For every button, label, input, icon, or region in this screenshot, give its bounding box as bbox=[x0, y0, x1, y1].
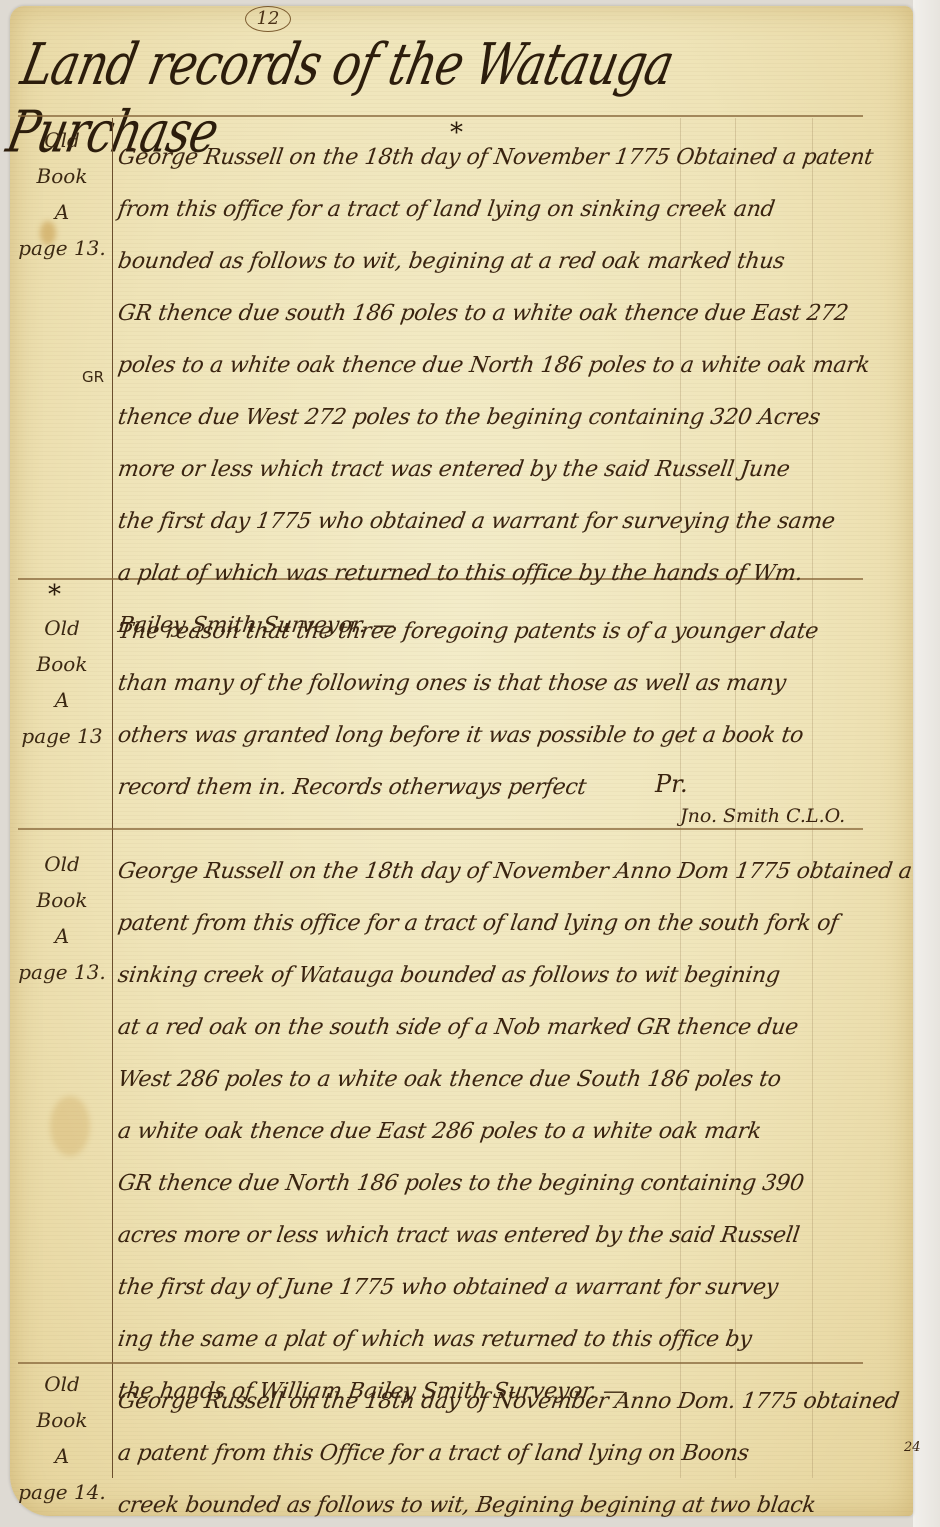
entry-divider bbox=[18, 828, 863, 830]
entry-line: a plat of which was returned to this off… bbox=[114, 548, 891, 600]
margin-rule bbox=[112, 118, 113, 1478]
entry-line: West 286 poles to a white oak thence due… bbox=[114, 1054, 891, 1106]
margin-page: page 13 bbox=[16, 718, 108, 754]
margin-volume: A bbox=[16, 682, 108, 718]
entry-line: than many of the following ones is that … bbox=[114, 658, 891, 710]
margin-volume: A bbox=[16, 1438, 108, 1474]
folio-number: 24 bbox=[904, 1440, 921, 1455]
note-entry-2: The reason that the three foregoing pate… bbox=[118, 606, 888, 814]
entry-line: The reason that the three foregoing pate… bbox=[114, 606, 891, 658]
entry-line: George Russell on the 18th day of Novemb… bbox=[114, 846, 891, 898]
scanner-background-strip bbox=[913, 0, 940, 1527]
margin-page: page 13. bbox=[16, 230, 108, 266]
entry-line: George Russell on the 18th day of Novemb… bbox=[114, 132, 891, 184]
land-entry-3: George Russell on the 18th day of Novemb… bbox=[118, 846, 888, 1418]
margin-reference-4: Old Book A page 14. bbox=[16, 1366, 108, 1510]
land-entry-1: George Russell on the 18th day of Novemb… bbox=[118, 132, 888, 652]
margin-book: Old Book bbox=[16, 846, 108, 918]
per-abbreviation: Pr. bbox=[655, 770, 688, 798]
entry-line: acres more or less which tract was enter… bbox=[114, 1210, 891, 1262]
margin-book: Old Book bbox=[16, 610, 108, 682]
entry-line: at a red oak on the south side of a Nob … bbox=[114, 1002, 891, 1054]
entry-line: ing the same a plat of which was returne… bbox=[114, 1314, 891, 1366]
margin-volume: A bbox=[16, 918, 108, 954]
entry-line: from this office for a tract of land lyi… bbox=[114, 184, 891, 236]
entry-line: patent from this office for a tract of l… bbox=[114, 898, 891, 950]
entry-line: a white oak thence due East 286 poles to… bbox=[114, 1106, 891, 1158]
entry-line: bounded as follows to wit, begining at a… bbox=[114, 236, 891, 288]
entry-line: GR thence due North 186 poles to the beg… bbox=[114, 1158, 891, 1210]
gr-margin-mark: GR bbox=[82, 368, 104, 386]
entry-line: creek bounded as follows to wit, Beginin… bbox=[114, 1480, 891, 1527]
entry-line: George Russell on the 18th day of Novemb… bbox=[114, 1376, 891, 1428]
margin-volume: A bbox=[16, 194, 108, 230]
entry-line: the first day of June 1775 who obtained … bbox=[114, 1262, 891, 1314]
asterisk-mark: * bbox=[48, 580, 61, 610]
entry-line: GR thence due south 186 poles to a white… bbox=[114, 288, 891, 340]
land-entry-4: George Russell on the 18th day of Novemb… bbox=[118, 1376, 888, 1527]
clerk-signature: Jno. Smith C.L.O. bbox=[680, 805, 845, 827]
entry-line: poles to a white oak thence due North 18… bbox=[114, 340, 891, 392]
margin-reference-2: Old Book A page 13 bbox=[16, 610, 108, 754]
margin-book: Old Book bbox=[16, 122, 108, 194]
page-number: 12 bbox=[245, 6, 291, 32]
header-divider bbox=[18, 115, 863, 117]
margin-page: page 13. bbox=[16, 954, 108, 990]
entry-line: a patent from this Office for a tract of… bbox=[114, 1428, 891, 1480]
margin-page: page 14. bbox=[16, 1474, 108, 1510]
entry-line: more or less which tract was entered by … bbox=[114, 444, 891, 496]
entry-line: the first day 1775 who obtained a warran… bbox=[114, 496, 891, 548]
margin-reference-3: Old Book A page 13. bbox=[16, 846, 108, 990]
margin-book: Old Book bbox=[16, 1366, 108, 1438]
entry-line: sinking creek of Watauga bounded as foll… bbox=[114, 950, 891, 1002]
margin-reference-1: Old Book A page 13. bbox=[16, 122, 108, 266]
water-stain bbox=[50, 1096, 90, 1156]
entry-line: others was granted long before it was po… bbox=[114, 710, 891, 762]
entry-line: thence due West 272 poles to the beginin… bbox=[114, 392, 891, 444]
